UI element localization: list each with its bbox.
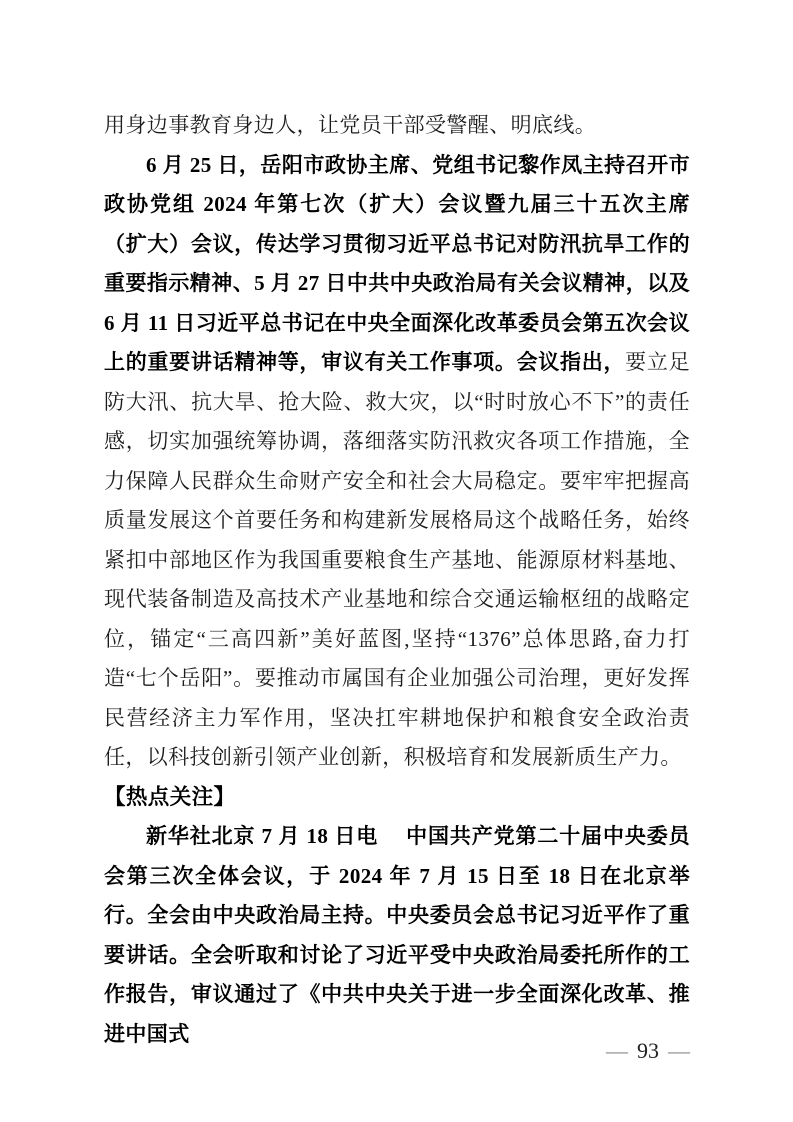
page-footer: —93— [606,1038,690,1064]
paragraph-meeting: 6 月 25 日，岳阳市政协主席、党组书记黎作凤主持召开市政协党组 2024 年… [104,146,690,778]
footer-dash-right: — [668,1038,690,1063]
paragraph-plenum: 新华社北京 7 月 18 日电 中国共产党第二十届中央委员会第三次全体会议，于 … [104,817,690,1054]
page-body: 用身边事教育身边人，让党员干部受警醒、明底线。 6 月 25 日，岳阳市政协主席… [104,106,690,1054]
document-page: 用身边事教育身边人，让党员干部受警醒、明底线。 6 月 25 日，岳阳市政协主席… [0,0,793,1122]
footer-dash-left: — [606,1038,628,1063]
footer-page-number: 93 [637,1038,659,1063]
meeting-bold-lead: 6 月 25 日，岳阳市政协主席、党组书记黎作凤主持召开市政协党组 2024 年… [104,153,690,375]
meeting-body-text: 要立足防大汛、抗大旱、抢大险、救大灾，以“时时放心不下”的责任感，切实加强统筹协… [104,350,690,769]
section-heading-hot-topics: 【热点关注】 [104,778,690,818]
paragraph-continuation: 用身边事教育身边人，让党员干部受警醒、明底线。 [104,106,690,146]
